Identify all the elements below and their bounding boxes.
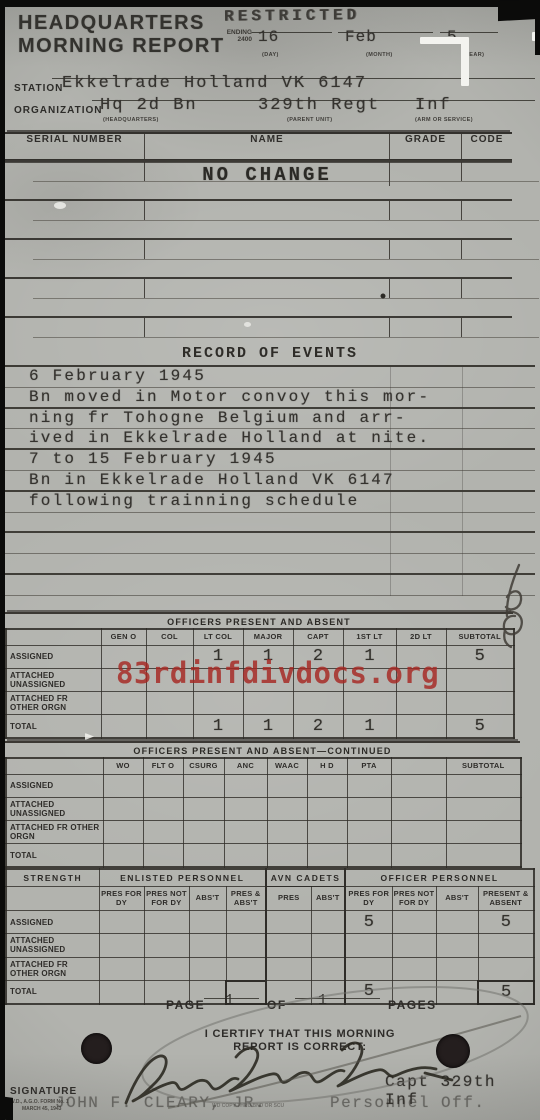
website-watermark: 83rdinfdivdocs.org: [116, 656, 439, 690]
table-cell: [226, 981, 266, 1004]
event-line: ning fr Tohogne Belgium and arr-: [5, 409, 535, 430]
table-cell: [311, 934, 345, 957]
ending-time: 2400: [218, 36, 252, 43]
column-header: ABS'T: [189, 887, 226, 911]
table-cell: [224, 821, 267, 844]
column-group-header: OFFICER PERSONNEL: [345, 869, 534, 887]
table-cell: [183, 774, 224, 797]
table-cell: [101, 692, 146, 715]
scan-edge-top-right: [498, 0, 540, 21]
column-header: H D: [307, 758, 347, 774]
station-value: Ekkelrade Holland VK 6147: [62, 74, 367, 93]
organization-headquarters: Hq 2d Bn: [100, 96, 198, 115]
table-cell: [193, 692, 243, 715]
ruled-line: [33, 259, 539, 260]
record-of-events-title: RECORD OF EVENTS: [5, 345, 535, 367]
column-header: ANC: [224, 758, 267, 774]
table-cell: [478, 957, 534, 980]
column-group-row: STRENGTHENLISTED PERSONNELAVN CADETSOFFI…: [6, 869, 534, 887]
table-cell: [189, 957, 226, 980]
column-header: WO: [103, 758, 143, 774]
scan-edge-right: [535, 0, 540, 55]
paper-speck: [244, 322, 251, 327]
table-cell: [307, 774, 347, 797]
column-header: CAPT: [293, 629, 343, 645]
table-cell: [436, 981, 478, 1004]
scan-edge-bottom-left: [0, 1096, 13, 1120]
row-label: ASSIGNED: [6, 911, 99, 934]
table-cell: [267, 844, 307, 867]
table-cell: [99, 911, 144, 934]
table-cell: 5: [345, 911, 392, 934]
row-label: ATTACHED UNASSIGNED: [6, 797, 103, 820]
punch-hole-right: [436, 1034, 470, 1068]
table-row: TOTAL11215: [6, 715, 514, 738]
column-header-row: GEN OCOLLT COLMAJORCAPT1ST LT2D LTSUBTOT…: [6, 629, 514, 645]
table-cell: [143, 821, 183, 844]
table-cell: [189, 934, 226, 957]
table-cell: [103, 774, 143, 797]
table-cell: [311, 911, 345, 934]
officers-continued-title: OFFICERS PRESENT AND ABSENT—CONTINUED: [5, 741, 520, 757]
table-cell: 5: [478, 981, 534, 1004]
table-cell: [347, 797, 391, 820]
event-line: 7 to 15 February 1945: [5, 450, 535, 471]
station-label: STATION: [14, 83, 63, 94]
row-label: ATTACHED FR OTHER ORGN: [6, 821, 103, 844]
table-cell: [99, 934, 144, 957]
table-cell: [446, 797, 521, 820]
table-cell: [311, 957, 345, 980]
column-header: PRES FOR DY: [99, 887, 144, 911]
organization-parent-unit: 329th Regt: [258, 96, 380, 115]
table-cell: [392, 911, 436, 934]
table-cell: [391, 844, 446, 867]
form-number-print: W.D., A.G.O. FORM No. 1: [10, 1099, 69, 1105]
table-cell: 5: [446, 645, 514, 668]
form-date-print: MARCH 45, 1943: [22, 1106, 61, 1112]
table-cell: [103, 821, 143, 844]
table-cell: [266, 934, 311, 957]
column-header: 2D LT: [396, 629, 446, 645]
table-cell: [226, 957, 266, 980]
table-cell: [343, 692, 396, 715]
table-cell: [391, 797, 446, 820]
certifying-officer-title: Personnel Off.: [330, 1094, 485, 1112]
report-month: Feb: [345, 28, 377, 46]
month-sublabel: (MONTH): [366, 52, 393, 58]
event-line: ived in Ekkelrade Holland at nite.: [5, 429, 535, 450]
column-header: [6, 629, 101, 645]
ending-label: ENDING: [218, 29, 252, 36]
table-cell: [391, 821, 446, 844]
table-cell: [99, 981, 144, 1004]
officers-continued-table: WOFLT OCSURGANCWAACH DPTASUBTOTALASSIGNE…: [5, 757, 522, 868]
row-label: ATTACHED UNASSIGNED: [6, 668, 101, 691]
table-cell: [347, 844, 391, 867]
table-cell: [396, 692, 446, 715]
table-cell: [391, 774, 446, 797]
table-cell: [478, 934, 534, 957]
table-cell: [311, 981, 345, 1004]
table-cell: [226, 934, 266, 957]
table-cell: [103, 797, 143, 820]
table-cell: [267, 797, 307, 820]
table-row: ATTACHED FR OTHER ORGN: [6, 957, 534, 980]
table-cell: [226, 911, 266, 934]
row-label: ATTACHED FR OTHER ORGN: [6, 692, 101, 715]
table-cell: 5: [446, 715, 514, 738]
table-cell: [143, 774, 183, 797]
table-cell: 1: [243, 715, 293, 738]
table-cell: [146, 692, 193, 715]
form-copy-print: WD COPY THRU BND OR SCU: [212, 1103, 284, 1109]
column-header: PRES & ABS'T: [226, 887, 266, 911]
table-cell: 5: [478, 911, 534, 934]
table-cell: [446, 844, 521, 867]
column-header: PRESENT & ABSENT: [478, 887, 534, 911]
table-cell: [183, 844, 224, 867]
ruled-line-empty: [5, 533, 535, 554]
ruled-line-empty: [5, 575, 535, 596]
punch-hole-left: [81, 1033, 112, 1064]
ruled-line: [33, 298, 539, 299]
form-title-line1: HEADQUARTERS: [18, 12, 205, 35]
headquarters-sublabel: (HEADQUARTERS): [103, 117, 159, 123]
roster-header-row: SERIAL NUMBER NAME GRADE CODE: [5, 132, 512, 160]
certification-statement: I CERTIFY THAT THIS MORNING REPORT IS CO…: [150, 1028, 450, 1053]
column-header: [391, 758, 446, 774]
row-label: TOTAL: [6, 981, 99, 1004]
table-cell: 2: [293, 715, 343, 738]
column-header: FLT O: [143, 758, 183, 774]
organization-label: ORGANIZATION: [14, 105, 102, 116]
table-row: ATTACHED FR OTHER ORGN: [6, 821, 521, 844]
roster-table: SERIAL NUMBER NAME GRADE CODE NO CHANGE: [5, 132, 512, 355]
certify-line1: I CERTIFY THAT THIS MORNING: [150, 1028, 450, 1041]
table-cell: [307, 797, 347, 820]
table-cell: [392, 957, 436, 980]
table-cell: [267, 774, 307, 797]
table-cell: [392, 934, 436, 957]
roster-row-empty: [5, 199, 512, 238]
table-cell: [392, 981, 436, 1004]
table-cell: [307, 844, 347, 867]
column-header: CSURG: [183, 758, 224, 774]
table-cell: [347, 821, 391, 844]
column-header: PRES: [266, 887, 311, 911]
event-line: 6 February 1945: [5, 367, 535, 388]
arm-service-sublabel: (ARM OR SERVICE): [415, 117, 473, 123]
table-cell: [307, 821, 347, 844]
table-row: TOTAL: [6, 844, 521, 867]
event-line: Bn moved in Motor convoy this mor-: [5, 388, 535, 409]
column-header: COL: [146, 629, 193, 645]
strength-table: STRENGTHENLISTED PERSONNELAVN CADETSOFFI…: [5, 868, 535, 1005]
table-cell: 5: [345, 981, 392, 1004]
table-cell: [446, 774, 521, 797]
table-cell: [446, 668, 514, 691]
column-tick: [462, 365, 463, 596]
table-cell: [189, 981, 226, 1004]
table-cell: [183, 821, 224, 844]
column-header: GEN O: [101, 629, 146, 645]
table-row: ATTACHED UNASSIGNED: [6, 934, 534, 957]
column-group-header: ENLISTED PERSONNEL: [99, 869, 266, 887]
table-cell: [345, 957, 392, 980]
roster-row-empty: [5, 277, 512, 316]
certify-line2: REPORT IS CORRECT:: [150, 1041, 450, 1054]
table-cell: [436, 957, 478, 980]
column-group-header: STRENGTH: [6, 869, 99, 887]
table-cell: [144, 981, 189, 1004]
table-row: ASSIGNED55: [6, 911, 534, 934]
table-cell: [243, 692, 293, 715]
report-day: 16: [258, 28, 279, 46]
column-header-row: WOFLT OCSURGANCWAACH DPTASUBTOTAL: [6, 758, 521, 774]
day-sublabel: (DAY): [262, 52, 279, 58]
table-cell: [347, 774, 391, 797]
column-header: [6, 758, 103, 774]
table-cell: 1: [193, 715, 243, 738]
registration-mark-vertical: [461, 37, 469, 86]
column-header: [6, 887, 99, 911]
table-cell: 1: [343, 715, 396, 738]
ruled-line-empty: [5, 513, 535, 534]
table-cell: [266, 911, 311, 934]
column-header: SUBTOTAL: [446, 758, 521, 774]
form-title-line2: MORNING REPORT: [18, 35, 225, 58]
column-header: SUBTOTAL: [446, 629, 514, 645]
column-header: LT COL: [193, 629, 243, 645]
event-line: following trainning schedule: [5, 492, 535, 513]
table-cell: [146, 715, 193, 738]
officers-continued-section: OFFICERS PRESENT AND ABSENT—CONTINUED WO…: [5, 741, 520, 868]
table-cell: [266, 981, 311, 1004]
table-cell: [144, 957, 189, 980]
table-cell: [183, 797, 224, 820]
table-cell: [224, 774, 267, 797]
table-cell: [99, 957, 144, 980]
column-header: ABS'T: [311, 887, 345, 911]
table-row: TOTAL55: [6, 981, 534, 1004]
table-cell: [436, 911, 478, 934]
roster-row: NO CHANGE: [5, 160, 512, 199]
roster-row-empty: [5, 238, 512, 277]
table-cell: [293, 692, 343, 715]
table-cell: [224, 797, 267, 820]
column-header: 1ST LT: [343, 629, 396, 645]
table-cell: [189, 911, 226, 934]
table-row: ATTACHED FR OTHER ORGN: [6, 692, 514, 715]
roster-col-code: CODE: [462, 134, 512, 159]
roster-col-name: NAME: [145, 134, 390, 159]
table-cell: [345, 934, 392, 957]
table-cell: [143, 844, 183, 867]
table-cell: [396, 715, 446, 738]
table-cell: [446, 821, 521, 844]
row-label: ASSIGNED: [6, 645, 101, 668]
row-label: ATTACHED UNASSIGNED: [6, 934, 99, 957]
column-header: MAJOR: [243, 629, 293, 645]
column-tick: [390, 365, 391, 596]
row-label: TOTAL: [6, 844, 103, 867]
paper-speck: [54, 202, 66, 209]
table-cell: [101, 715, 146, 738]
table-cell: [143, 797, 183, 820]
column-header: ABS'T: [436, 887, 478, 911]
column-header: PRES FOR DY: [345, 887, 392, 911]
record-of-events-section: RECORD OF EVENTS 6 February 1945 Bn move…: [5, 345, 535, 596]
ruled-line: [33, 181, 539, 182]
column-header: PTA: [347, 758, 391, 774]
table-cell: [446, 692, 514, 715]
event-line: Bn in Ekkelrade Holland VK 6147: [5, 471, 535, 492]
table-cell: [144, 934, 189, 957]
classification-stamp: RESTRICTED: [224, 6, 360, 25]
table-row: ATTACHED UNASSIGNED: [6, 797, 521, 820]
parent-unit-sublabel: (PARENT UNIT): [287, 117, 332, 123]
table-row: ASSIGNED: [6, 774, 521, 797]
scan-edge-top: [0, 0, 540, 7]
roster-col-grade: GRADE: [390, 134, 462, 159]
column-header-row: PRES FOR DYPRES NOT FOR DYABS'TPRES & AB…: [6, 887, 534, 911]
officers-table-title: OFFICERS PRESENT AND ABSENT: [5, 612, 513, 628]
roster-entry-no-change: NO CHANGE: [145, 162, 390, 186]
roster-col-serial-number: SERIAL NUMBER: [5, 134, 145, 159]
ruled-line: [33, 337, 539, 338]
scan-edge-left: [0, 0, 5, 1120]
row-label: ATTACHED FR OTHER ORGN: [6, 957, 99, 980]
row-label: ASSIGNED: [6, 774, 103, 797]
ruled-line-empty: [5, 554, 535, 575]
table-cell: [103, 844, 143, 867]
table-cell: [144, 911, 189, 934]
table-cell: [436, 934, 478, 957]
table-cell: [267, 821, 307, 844]
organization-arm: Inf: [415, 96, 452, 115]
table-cell: [224, 844, 267, 867]
morning-report-document: HEADQUARTERS MORNING REPORT RESTRICTED E…: [0, 0, 540, 1120]
column-group-header: AVN CADETS: [266, 869, 345, 887]
column-header: PRES NOT FOR DY: [144, 887, 189, 911]
column-header: WAAC: [267, 758, 307, 774]
table-cell: [266, 957, 311, 980]
column-header: PRES NOT FOR DY: [392, 887, 436, 911]
strength-table-section: STRENGTHENLISTED PERSONNELAVN CADETSOFFI…: [5, 868, 533, 1005]
ruled-line: [33, 220, 539, 221]
